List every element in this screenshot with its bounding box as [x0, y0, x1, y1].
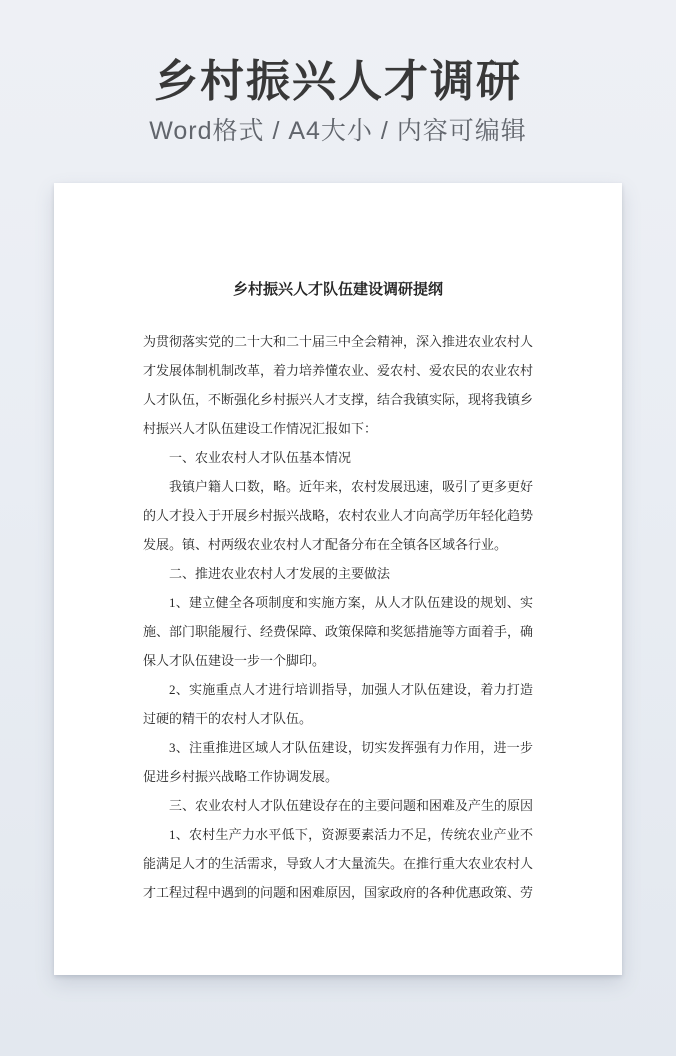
- document-line: 3、注重推进区域人才队伍建设，切实发挥强有力作用，进一步: [143, 733, 533, 762]
- document-line: 村振兴人才队伍建设工作情况汇报如下：: [143, 414, 533, 443]
- document-line: 过硬的精干的农村人才队伍。: [143, 704, 533, 733]
- document-line: 一、农业农村人才队伍基本情况: [143, 443, 533, 472]
- document-line: 的人才投入于开展乡村振兴战略，农村农业人才向高学历年轻化趋势: [143, 501, 533, 530]
- document-line: 保人才队伍建设一步一个脚印。: [143, 646, 533, 675]
- document-line: 施、部门职能履行、经费保障、政策保障和奖惩措施等方面着手，确: [143, 617, 533, 646]
- document-page: 乡村振兴人才队伍建设调研提纲 为贯彻落实党的二十大和二十届三中全会精神，深入推进…: [54, 183, 622, 975]
- document-line: 才发展体制机制改革，着力培养懂农业、爱农村、爱农民的农业农村: [143, 356, 533, 385]
- preview-header: 乡村振兴人才调研 Word格式 / A4大小 / 内容可编辑: [0, 0, 676, 146]
- document-line: 三、农业农村人才队伍建设存在的主要问题和困难及产生的原因: [143, 791, 533, 820]
- preview-subtitle: Word格式 / A4大小 / 内容可编辑: [0, 116, 676, 146]
- document-line: 才工程过程中遇到的问题和困难原因，国家政府的各种优惠政策、劳: [143, 878, 533, 907]
- document-title: 乡村振兴人才队伍建设调研提纲: [143, 183, 533, 301]
- document-line: 二、推进农业农村人才发展的主要做法: [143, 559, 533, 588]
- preview-title: 乡村振兴人才调研: [0, 57, 676, 107]
- document-line: 2、实施重点人才进行培训指导，加强人才队伍建设，着力打造: [143, 675, 533, 704]
- document-line: 能满足人才的生活需求，导致人才大量流失。在推行重大农业农村人: [143, 849, 533, 878]
- document-line: 1、建立健全各项制度和实施方案，从人才队伍建设的规划、实: [143, 588, 533, 617]
- document-line: 1、农村生产力水平低下，资源要素活力不足，传统农业产业不: [143, 820, 533, 849]
- document-line: 促进乡村振兴战略工作协调发展。: [143, 762, 533, 791]
- document-line: 为贯彻落实党的二十大和二十届三中全会精神，深入推进农业农村人: [143, 327, 533, 356]
- template-preview: { "header": { "title": "乡村振兴人才调研", "subt…: [0, 0, 676, 1056]
- document-line: 人才队伍，不断强化乡村振兴人才支撑，结合我镇实际，现将我镇乡: [143, 385, 533, 414]
- document-body: 为贯彻落实党的二十大和二十届三中全会精神，深入推进农业农村人才发展体制机制改革，…: [143, 327, 533, 907]
- document-line: 发展。镇、村两级农业农村人才配备分布在全镇各区域各行业。: [143, 530, 533, 559]
- document-line: 我镇户籍人口数，略。近年来，农村发展迅速，吸引了更多更好: [143, 472, 533, 501]
